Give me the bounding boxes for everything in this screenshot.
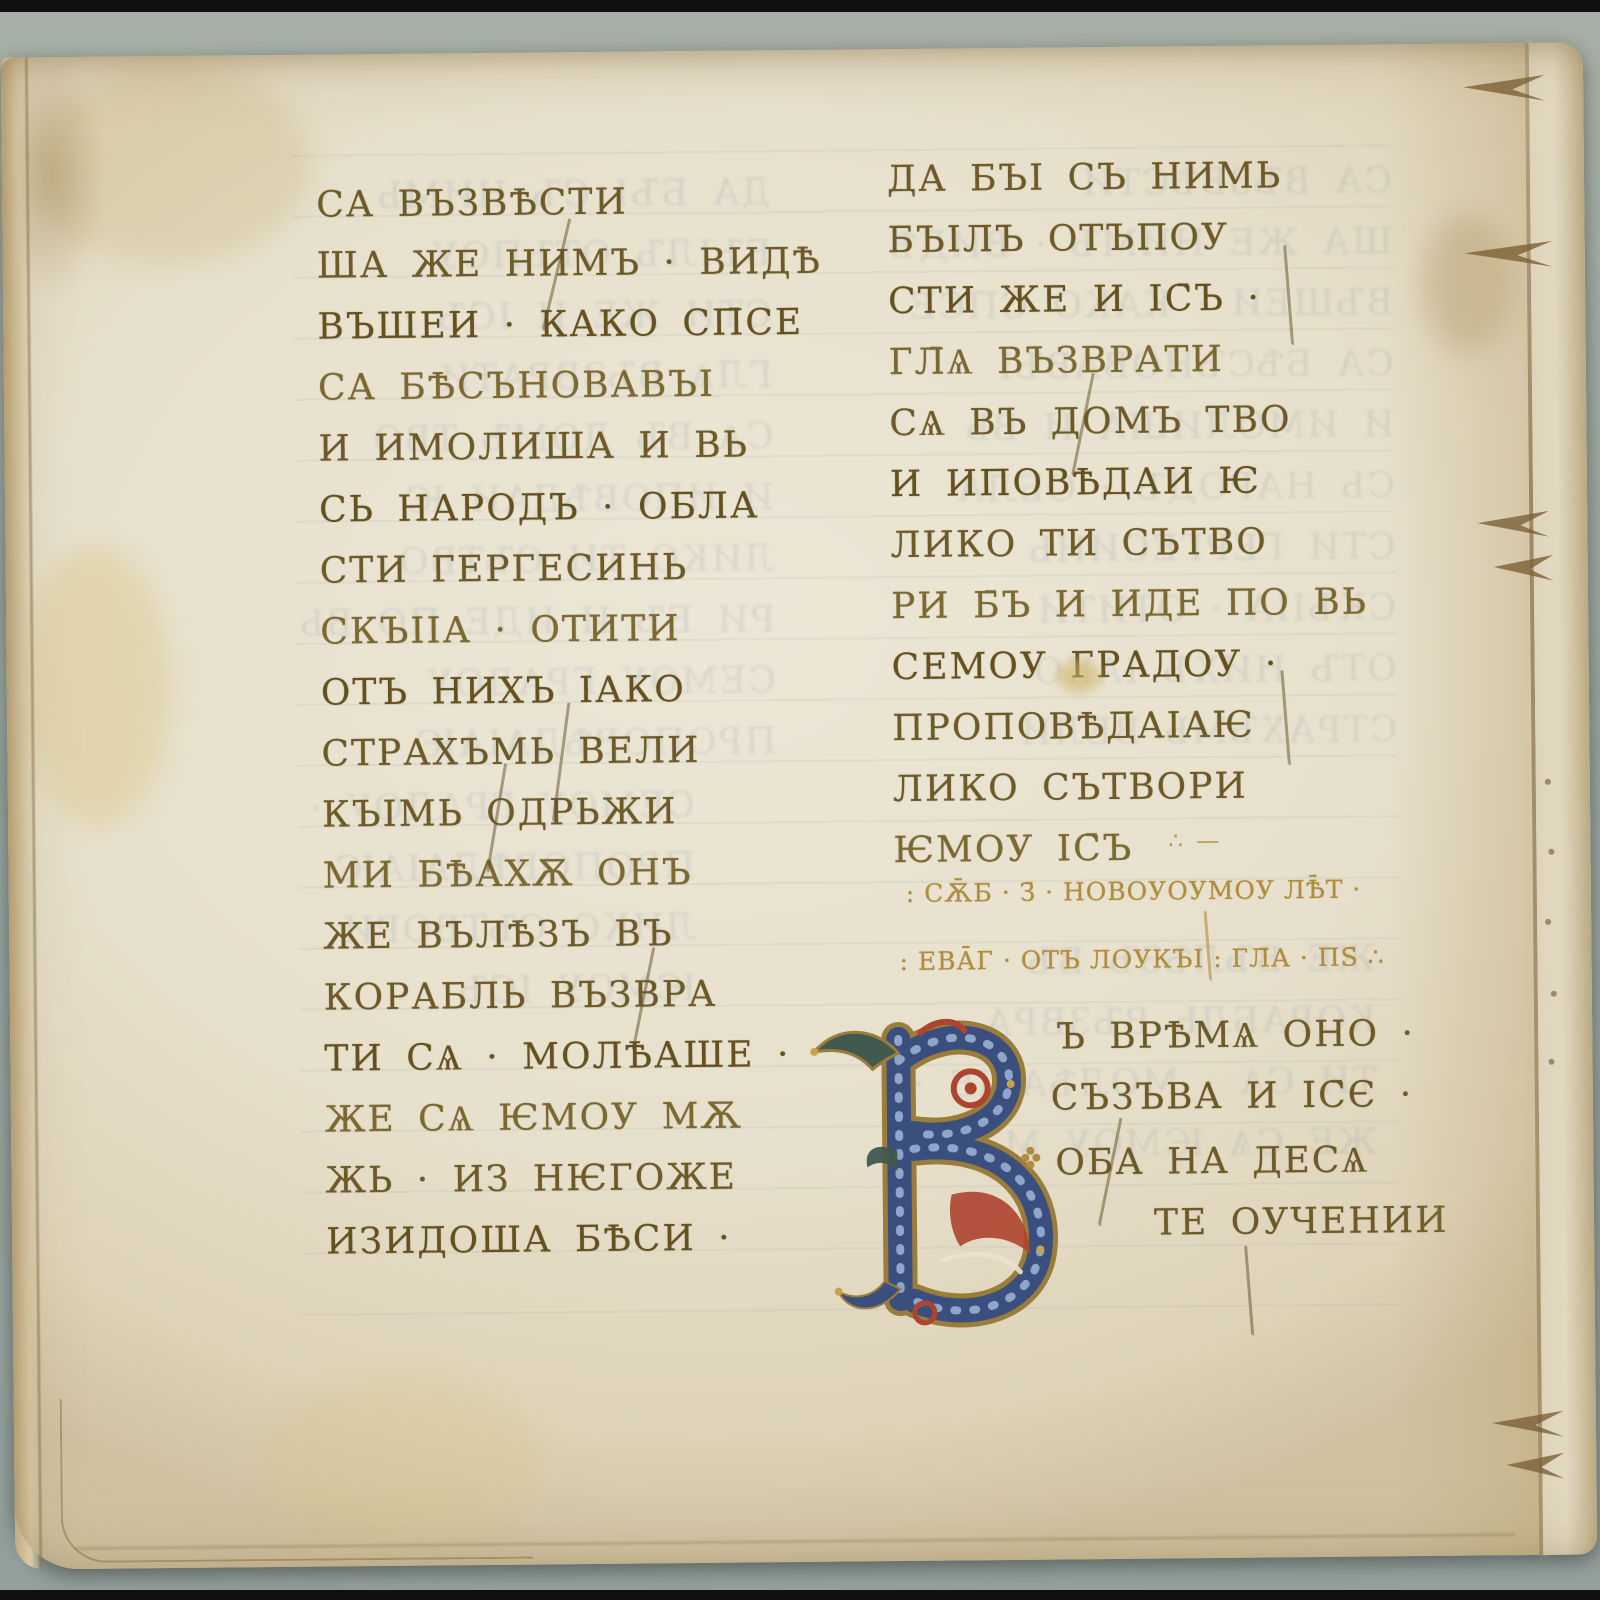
gold-line-ornament — [1021, 1154, 1029, 1162]
text-line: КОРАБЛЬ ВЪЗВРА — [324, 963, 830, 1029]
text-line: ПРОПОВѢДАІАѤ — [892, 694, 1369, 760]
text-line: ЖЕ ВЪЛѢЗЪ ВЪ — [323, 902, 829, 968]
text-line: СЕМОУ ГРАДОУ · — [891, 633, 1368, 699]
text-column-right: ДА БЪІ СЪ НИМЬ БЪІЛЪ ОТЪПОУ СТИ ЖЕ И ІС̄… — [887, 145, 1371, 882]
incipit-line: ОБА НА ДЕСѦ — [1055, 1139, 1369, 1184]
text-line: СѦ ВЪ ДОМЪ ТВО — [889, 389, 1366, 455]
illuminated-initial-artwork — [800, 997, 1065, 1347]
text-line: ЛИКО СЪТВОРИ — [893, 755, 1370, 821]
text-line: КЪІМЬ ОДРЬЖИ — [322, 780, 828, 846]
text-line: СТИ ГЕРГЕСИНЬ — [319, 536, 825, 602]
text-line: ОТЪ НИХЪ ІАКО — [321, 658, 827, 724]
text-line: ЛИКО ТИ СЪТВО — [890, 511, 1367, 577]
text-column-left: СА ВЪЗВѢСТИ ША ЖЕ НИМЪ · ВИДѢ ВЪШЕИ · КА… — [316, 170, 832, 1273]
text-line: БЪІЛЪ ОТЪПОУ — [887, 206, 1364, 272]
incipit-line: СЪЗЪВА И ІС̄Є · — [1051, 1074, 1414, 1118]
text-line: СА БѢСЪНОВАВЪІ — [318, 353, 824, 419]
text-line: И ИМОЛИША И ВЬ — [318, 414, 824, 480]
manuscript-page: ДА БЪІ СЪ НИМЬ БЪІЛЪ ОТЪПОУ СТИ ЖЕ И ІС̄… — [1, 42, 1597, 1569]
sewing-mark — [1548, 1059, 1554, 1065]
sewing-mark — [1545, 919, 1551, 925]
reading-end-flourish: ∴ — — [1168, 828, 1222, 855]
text-line: И ИПОВѢДАИ Ѥ — [890, 450, 1367, 516]
text-line: СКЪІІА · ОТИТИ — [320, 597, 826, 663]
text-line: СТРАХЪМЬ ВЕЛИ — [321, 719, 827, 785]
text-line: ДА БЪІ СЪ НИМЬ — [887, 145, 1364, 211]
text-line: ѤМОУ ІС̄Ъ — [893, 816, 1370, 882]
text-line: СТИ ЖЕ И ІС̄Ъ · — [888, 267, 1365, 333]
text-line: ЖЕ СѦ ѤМОУ МѪ — [325, 1085, 831, 1151]
illuminated-initial: В — [800, 997, 1065, 1347]
text-line: ВЪШЕИ · КАКО СП̄СЕ — [317, 292, 823, 358]
rubric-line: : СѪ̄Б · З̄ · НОВОУОУМОУ ЛѢ̄Т · — [906, 875, 1362, 908]
sewing-mark — [1551, 991, 1557, 997]
text-line: ИЗИДОША БѢСИ · — [326, 1207, 832, 1273]
text-line: ГЛ̄Ѧ ВЪЗВРАТИ — [888, 328, 1365, 394]
sewing-mark — [1545, 779, 1551, 785]
rubric-line: : ЕВА̄Г · ОТЪ ЛОУКЪІ : ГЛ̄А · ПЅ̄ ∴ — [899, 942, 1384, 976]
text-line: ЖЬ · ИЗ НѤГОЖЕ — [325, 1146, 831, 1212]
text-line: СЬ НАРОДЪ · ОБЛА — [319, 475, 825, 541]
text-line: МИ БѢАХѪ ОНЪ — [322, 841, 828, 907]
text-line: ТИ СѦ · МОЛѢАШЕ · — [324, 1024, 830, 1090]
page-corner-rule-line — [60, 1395, 534, 1564]
text-line: ША ЖЕ НИМЪ · ВИДѢ — [317, 231, 823, 297]
text-line: РИ Б̄Ъ И ИДЕ ПО ВЬ — [891, 572, 1368, 638]
gutter-shading — [1381, 43, 1546, 1556]
sewing-mark — [1548, 849, 1554, 855]
incipit-line: Ъ ВРѢМѦ ОНО · — [1056, 1012, 1415, 1057]
parchment-stain — [19, 546, 172, 827]
